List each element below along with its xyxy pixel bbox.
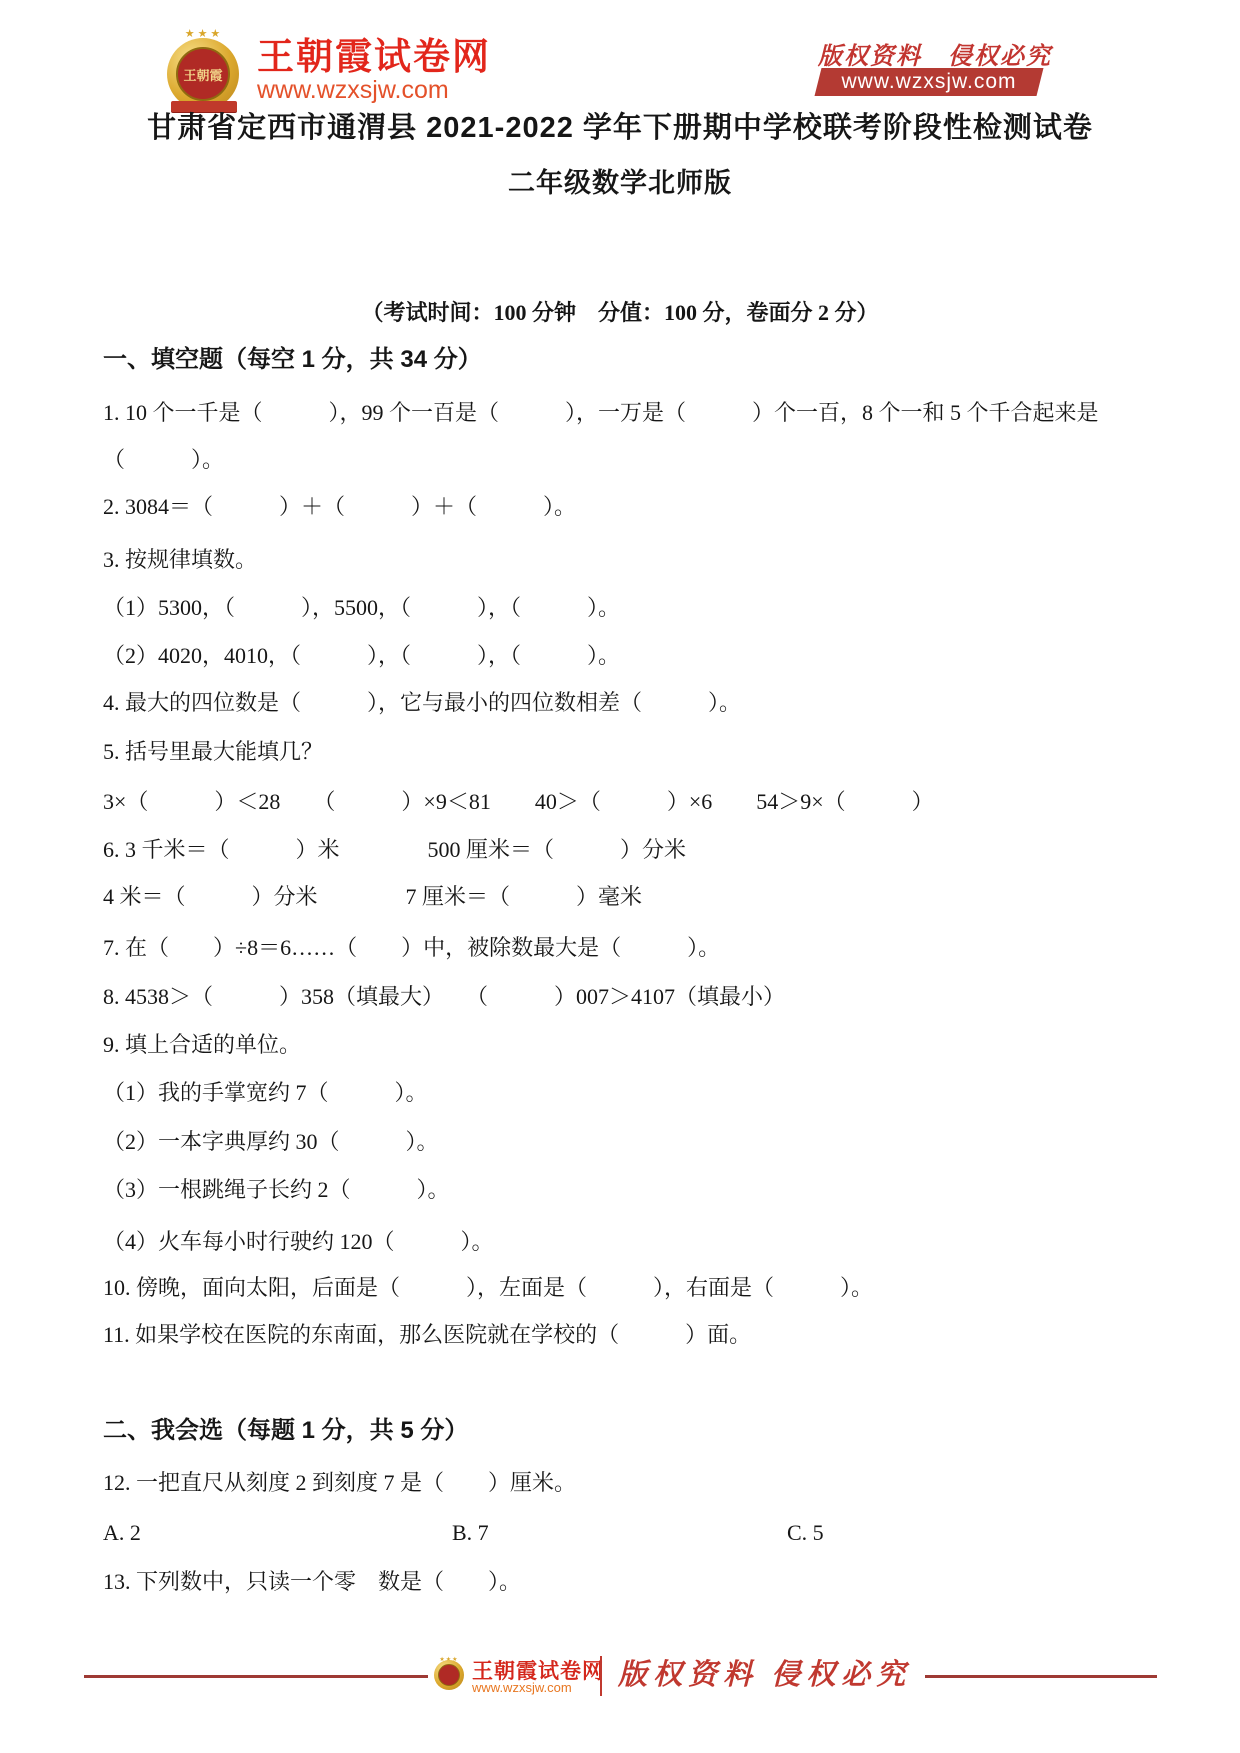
- option-b: B. 7: [452, 1509, 489, 1557]
- paper-title: 甘肃省定西市通渭县 2021-2022 学年下册期中学校联考阶段性检测试卷: [0, 105, 1240, 146]
- footer-divider: [600, 1656, 602, 1696]
- section2-heading: 二、我会选（每题 1 分，共 5 分）: [103, 1410, 468, 1445]
- site-logo-badge: ★★★ 王朝霞: [163, 28, 245, 114]
- footer-slogan: 版权资料 侵权必究: [618, 1652, 911, 1693]
- option-a: A. 2: [103, 1509, 141, 1557]
- question-line: 8. 4538＞（ ）358（填最大） （ ）007＞4107（填最小）: [103, 973, 785, 1021]
- question-line: 13. 下列数中，只读一个零 数是（ ）。: [103, 1558, 521, 1606]
- question-line: 10. 傍晚，面向太阳，后面是（ ），左面是（ ），右面是（ ）。: [103, 1264, 873, 1312]
- exam-info: （考试时间：100 分钟 分值：100 分，卷面分 2 分）: [0, 296, 1240, 327]
- question-line: （4）火车每小时行驶约 120（ ）。: [103, 1218, 494, 1266]
- site-logo-text: 王朝霞试卷网 www.wzxsjw.com: [257, 38, 491, 104]
- question-line: 7. 在（ ）÷8＝6……（ ）中，被除数最大是（ ）。: [103, 924, 720, 972]
- site-name: 王朝霞试卷网: [257, 38, 491, 77]
- question-line: （1）5300，（ ），5500，（ ），（ ）。: [103, 584, 620, 632]
- question-line: （2）一本字典厚约 30（ ）。: [103, 1118, 439, 1166]
- url-banner-text: www.wzxsjw.com: [818, 68, 1040, 96]
- paper-subtitle: 二年级数学北师版: [0, 161, 1240, 200]
- question-line: 12. 一把直尺从刻度 2 到刻度 7 是（ ）厘米。: [103, 1459, 576, 1507]
- choice-options-row: A. 2 B. 7 C. 5: [103, 1509, 1143, 1557]
- footer-site-url: www.wzxsjw.com: [472, 1680, 572, 1695]
- question-line: 4 米＝（ ）分米 7 厘米＝（ ）毫米: [103, 873, 642, 921]
- question-line: 3. 按规律填数。: [103, 536, 257, 584]
- question-line: 9. 填上合适的单位。: [103, 1021, 301, 1069]
- site-url: www.wzxsjw.com: [257, 77, 491, 105]
- question-line: 11. 如果学校在医院的东南面，那么医院就在学校的（ ）面。: [103, 1311, 751, 1359]
- question-line: （1）我的手掌宽约 7（ ）。: [103, 1069, 428, 1117]
- badge-text: 王朝霞: [183, 65, 222, 84]
- question-line: 4. 最大的四位数是（ ），它与最小的四位数相差（ ）。: [103, 679, 741, 727]
- footer-rule-right: [925, 1675, 1157, 1678]
- copyright-slogan: 版权资料 侵权必究: [818, 36, 1042, 71]
- question-line: 3×（ ）＜28 （ ）×9＜81 40＞（ ）×6 54＞9×（ ）: [103, 778, 934, 826]
- question-line: （2）4020，4010，（ ），（ ），（ ）。: [103, 632, 620, 680]
- footer-rule-left: [84, 1675, 428, 1678]
- question-line: 2. 3084＝（ ）＋（ ）＋（ ）。: [103, 483, 576, 531]
- section1-heading: 一、填空题（每空 1 分，共 34 分）: [103, 339, 482, 374]
- question-line: 6. 3 千米＝（ ）米 500 厘米＝（ ）分米: [103, 826, 686, 874]
- site-logo: ★★★ 王朝霞 王朝霞试卷网 www.wzxsjw.com: [163, 28, 491, 114]
- question-line: （ ）。: [103, 436, 224, 484]
- footer-logo-badge: ★★★: [432, 1656, 466, 1694]
- question-line: 5. 括号里最大能填几？: [103, 728, 323, 776]
- badge-center: 王朝霞: [176, 47, 230, 101]
- option-c: C. 5: [787, 1509, 824, 1557]
- url-banner: www.wzxsjw.com: [815, 68, 1044, 96]
- badge-center: [438, 1664, 460, 1686]
- exam-paper-page: { "header": { "site_name": "王朝霞试卷网", "si…: [0, 0, 1240, 1753]
- question-line: （3）一根跳绳子长约 2（ ）。: [103, 1166, 450, 1214]
- question-line: 1. 10 个一千是（ ），99 个一百是（ ），一万是（ ）个一百，8 个一和…: [103, 389, 1099, 437]
